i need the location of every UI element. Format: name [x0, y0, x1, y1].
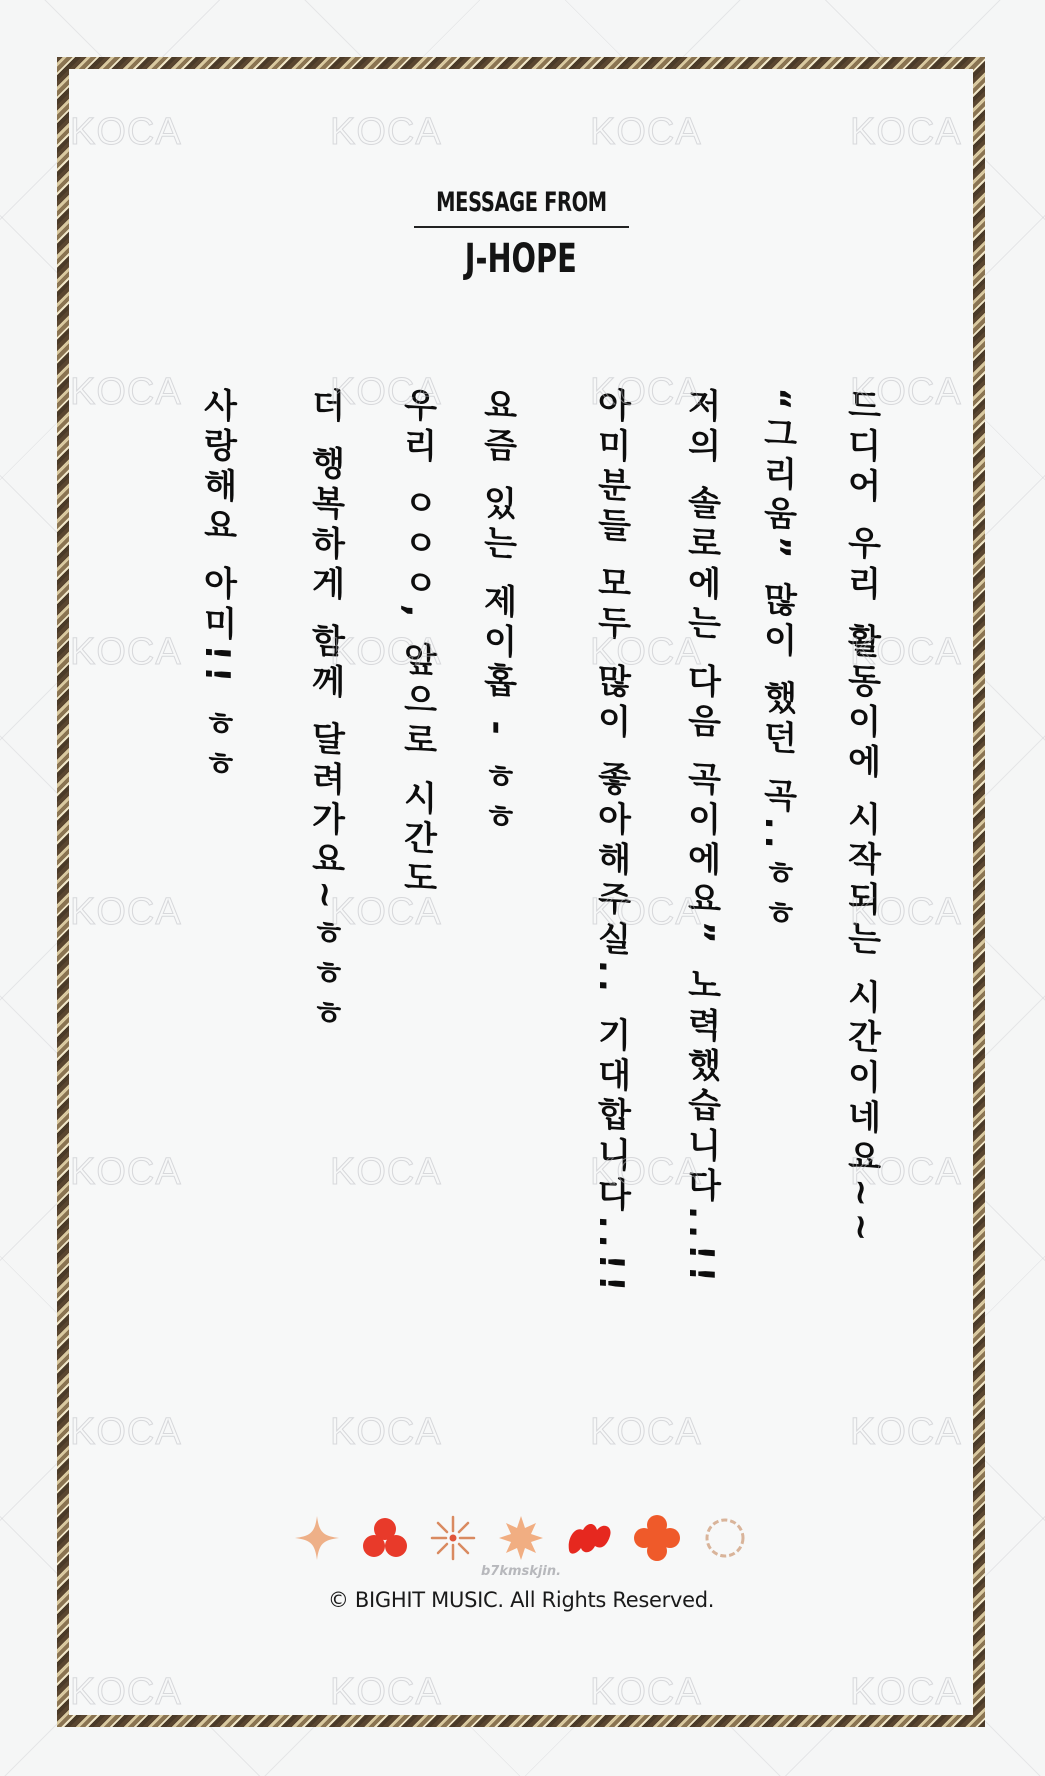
- koca-watermark: KOCA: [850, 1152, 980, 1192]
- ring-icon: [701, 1514, 749, 1562]
- message-line: 더 행복하게 함께 달려가요~ㅎㅎㅎ: [305, 386, 345, 1037]
- koca-watermark: KOCA: [330, 1672, 460, 1712]
- koca-watermark: KOCA: [70, 1152, 200, 1192]
- wave-blob-icon: [565, 1514, 613, 1562]
- credit-watermark: b7kmskjin.: [69, 1564, 973, 1579]
- sparkle-star-icon: [293, 1514, 341, 1562]
- burst-icon: [429, 1514, 477, 1562]
- koca-watermark: KOCA: [330, 632, 460, 672]
- message-line: 사랑해요 아미!! ㅎㅎ: [197, 386, 237, 787]
- koca-watermark: KOCA: [330, 372, 460, 412]
- koca-watermark: KOCA: [70, 1672, 200, 1712]
- symbol-row: [69, 1514, 973, 1562]
- message-line: 요즘 있는 제이홉 - ㅎㅎ: [477, 386, 517, 840]
- koca-watermark: KOCA: [330, 1152, 460, 1192]
- koca-watermark: KOCA: [850, 632, 980, 672]
- handwritten-message: 드디어 우리 활동이에 시작되는 시간이네요~~ “그리움” 많이 했던 곡..…: [69, 69, 973, 1715]
- koca-watermark: KOCA: [330, 112, 460, 152]
- koca-watermark: KOCA: [850, 372, 980, 412]
- koca-watermark: KOCA: [590, 372, 720, 412]
- koca-watermark: KOCA: [70, 112, 200, 152]
- koca-watermark: KOCA: [70, 632, 200, 672]
- koca-watermark: KOCA: [330, 1412, 460, 1452]
- copyright-notice: © BIGHIT MUSIC. All Rights Reserved.: [69, 1588, 973, 1612]
- koca-watermark: KOCA: [850, 1672, 980, 1712]
- eight-point-flower-icon: [497, 1514, 545, 1562]
- koca-watermark: KOCA: [590, 1672, 720, 1712]
- message-line: “그리움” 많이 했던 곡..ㅎㅎ: [757, 386, 797, 937]
- koca-watermark: KOCA: [590, 632, 720, 672]
- koca-watermark: KOCA: [590, 112, 720, 152]
- koca-watermark: KOCA: [850, 112, 980, 152]
- koca-watermark: KOCA: [70, 892, 200, 932]
- koca-watermark: KOCA: [590, 892, 720, 932]
- scalloped-flower-icon: [633, 1514, 681, 1562]
- koca-watermark: KOCA: [590, 1152, 720, 1192]
- message-line: 드디어 우리 활동이에 시작되는 시간이네요~~: [841, 386, 881, 1249]
- koca-watermark: KOCA: [70, 1412, 200, 1452]
- koca-watermark: KOCA: [850, 892, 980, 932]
- koca-watermark: KOCA: [70, 372, 200, 412]
- koca-watermark: KOCA: [850, 1412, 980, 1452]
- koca-watermark: KOCA: [590, 1412, 720, 1452]
- trefoil-icon: [361, 1514, 409, 1562]
- koca-watermark: KOCA: [330, 892, 460, 932]
